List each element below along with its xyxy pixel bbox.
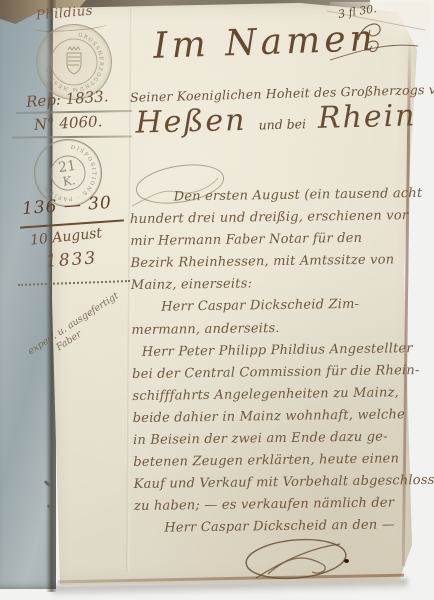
act-number-entry: N° 4060. — [34, 112, 103, 134]
territory-connector: und bei — [258, 116, 306, 132]
manuscript-photo: Phildius GROSSHERZOGTHUM HESSEN Rep: 183… — [0, 0, 434, 600]
notary-paraph-flourish — [238, 534, 358, 586]
title-swash — [328, 34, 420, 64]
territory-rhein: Rhein — [317, 98, 416, 136]
docket-year: 1833 — [45, 248, 98, 272]
ink-blot — [344, 559, 349, 563]
territory-hessen: Heßen — [135, 103, 247, 141]
hessen-coat-of-arms — [67, 47, 81, 74]
seal-ring-text: GROSSHERZOGTHUM HESSEN — [44, 32, 104, 92]
stamp-unit: K. — [62, 173, 77, 189]
act-body-text: Den ersten August (ein tausend acht hund… — [130, 186, 429, 544]
svg-text:GROSSHERZOGTHUM HESSEN: GROSSHERZOGTHUM HESSEN — [44, 32, 104, 92]
